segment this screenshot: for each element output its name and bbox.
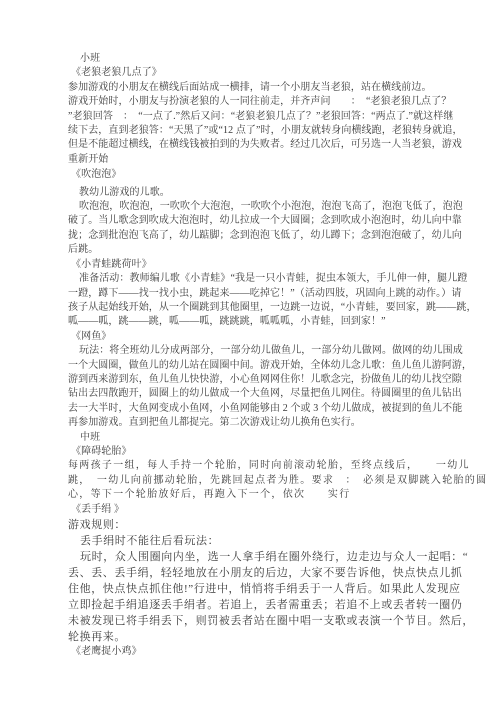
class-label: 中班 <box>68 431 440 445</box>
text-line: 教幼儿游戏的儿歌。 <box>68 186 440 200</box>
text-line: 孩子从起始线开始，从一个圈跳到其他圈里，一边跳一边说，“小青蛙，要回家，跳——跳… <box>68 301 440 315</box>
document-text-block: 小班《老狼老狼几点了》参加游戏的小朋友在横线后面站成一横排，请一个小朋友当老狼，… <box>68 52 440 659</box>
text-line: 吹泡泡，吹泡泡，一吹吹个大泡泡，一吹吹个小泡泡，泡泡飞高了，泡泡飞低了，泡泡 <box>68 200 440 214</box>
text-line: 未被发现已将手绢丢下，则罚被丢者站在圈中唱一支歌或表演一个节目。然后， <box>68 613 440 629</box>
text-line: 重新开始 <box>68 153 440 167</box>
game-title: 《丢手绢 》 <box>68 503 440 517</box>
text-line: 续下去，直到老狼答：“天黑了”或“12 点了”时，小朋友就转身向横线跑，老狼转身… <box>68 124 440 138</box>
game-title: 《小青蛙跳荷叶》 <box>68 258 440 272</box>
text-line: 后跳。 <box>68 243 440 257</box>
text-line: 一个大圆圈，做鱼儿的幼儿站在圆圈中间。游戏开始，全体幼儿念儿歌：鱼儿鱼儿游阿游， <box>68 359 440 373</box>
text-line: ”老狼回答 ： “一点了.”然后又问：“老狼老狼几点了？”老狼回答：“两点了.”… <box>68 110 440 124</box>
text-line: 游戏开始时，小朋友与扮演老狼的人一同往前走，并齐声问 ： “老狼老狼几点了？ <box>68 95 440 109</box>
text-line: 钻出去四散跑开，圆圈上的幼儿做成一个大鱼网，尽量把鱼儿网住。待圆圈里的鱼儿钻出 <box>68 387 440 401</box>
text-line: 拢；念到批泡泡飞高了，幼儿踮脚；念到泡泡飞低了，幼儿蹲下；念到泡泡破了，幼儿向 <box>68 229 440 243</box>
text-line: 丢手绢时不能往后看玩法： <box>68 533 440 549</box>
game-title: 《老鹰捉小鸡》 <box>68 645 440 659</box>
text-line: 但是不能超过横线，在横线钱被拍到的为失败者。经过几次后，可另选一人当老狼，游戏 <box>68 138 440 152</box>
text-line: 心，等下一个轮胎放好后，再跑入下一个，依次 实行 <box>68 488 440 502</box>
document-page: 小班《老狼老狼几点了》参加游戏的小朋友在横线后面站成一横排，请一个小朋友当老狼，… <box>0 0 500 708</box>
game-title: 《网鱼》 <box>68 330 440 344</box>
class-label: 小班 <box>68 52 440 66</box>
text-line: 参加游戏的小朋友在横线后面站成一横排，请一个小朋友当老狼，站在横线前边。 <box>68 81 440 95</box>
text-line: 轮换再来。 <box>68 629 440 645</box>
game-title: 《老狼老狼几点了》 <box>68 66 440 80</box>
text-line: 去一大半时，大鱼网变成小鱼网，小鱼网能够由 2 个或 3 个幼儿做成，被捉到的鱼… <box>68 402 440 416</box>
text-line: 游到西来游到东，鱼儿鱼儿快快游，小心鱼网网住你！儿歌念完，扮做鱼儿的幼儿找空隙 <box>68 373 440 387</box>
text-line: 呱——呱，跳——跳，呱——呱，跳跳跳，呱呱呱，小青蛙，回到家！” <box>68 315 440 329</box>
text-line: 再参加游戏。直到把鱼儿都捉完。第二次游戏让幼儿换角色实行。 <box>68 416 440 430</box>
text-line: 住他，快点快点抓住他!”行进中，悄悄将手绢丢于一人背后。如果此人发现应 <box>68 581 440 597</box>
text-line: 破了。当儿歌念到吹成大泡泡时，幼儿拉成一个大圆圈；念到吹成小泡泡时，幼儿向中靠 <box>68 214 440 228</box>
text-line: 玩时，众人围圈向内坐，选一人拿手绢在圈外绕行，边走边与众人一起唱：“ <box>68 549 440 565</box>
text-line: 一蹬，蹲下——找一找小虫，跳起来——吃掉它！”（活动四肢，巩固向上跳的动作。）请 <box>68 287 440 301</box>
text-line: 丢、丢、丢手绢，轻轻地放在小朋友的后边，大家不要告诉他，快点快点儿抓 <box>68 565 440 581</box>
text-line: 立即捡起手绢追逐丢手绢者。若追上，丢者需重丢；若追不上或丢者转一圈仍 <box>68 597 440 613</box>
game-title: 《障碍轮胎》 <box>68 445 440 459</box>
text-line: 游戏规则： <box>68 517 440 533</box>
text-line: 玩法：将全班幼儿分成两部分，一部分幼儿做鱼儿，一部分幼儿做网。做网的幼儿围成 <box>68 344 440 358</box>
text-line: 准备活动：教师编儿歌《小青蛙》“我是一只小青蛙，捉虫本领大，手儿伸一伸，腿儿蹬 <box>68 272 440 286</box>
game-title: 《吹泡泡》 <box>68 168 440 182</box>
text-line: 每两孩子一组，每人手持一个轮胎，同时向前滚动轮胎，至终点线后， 一幼儿 <box>68 459 440 473</box>
text-line: 跳， 一幼儿向前挪动轮胎，先跳回起点者为胜。要求 ： 必须是双脚跳入轮胎的圆 <box>68 474 440 488</box>
